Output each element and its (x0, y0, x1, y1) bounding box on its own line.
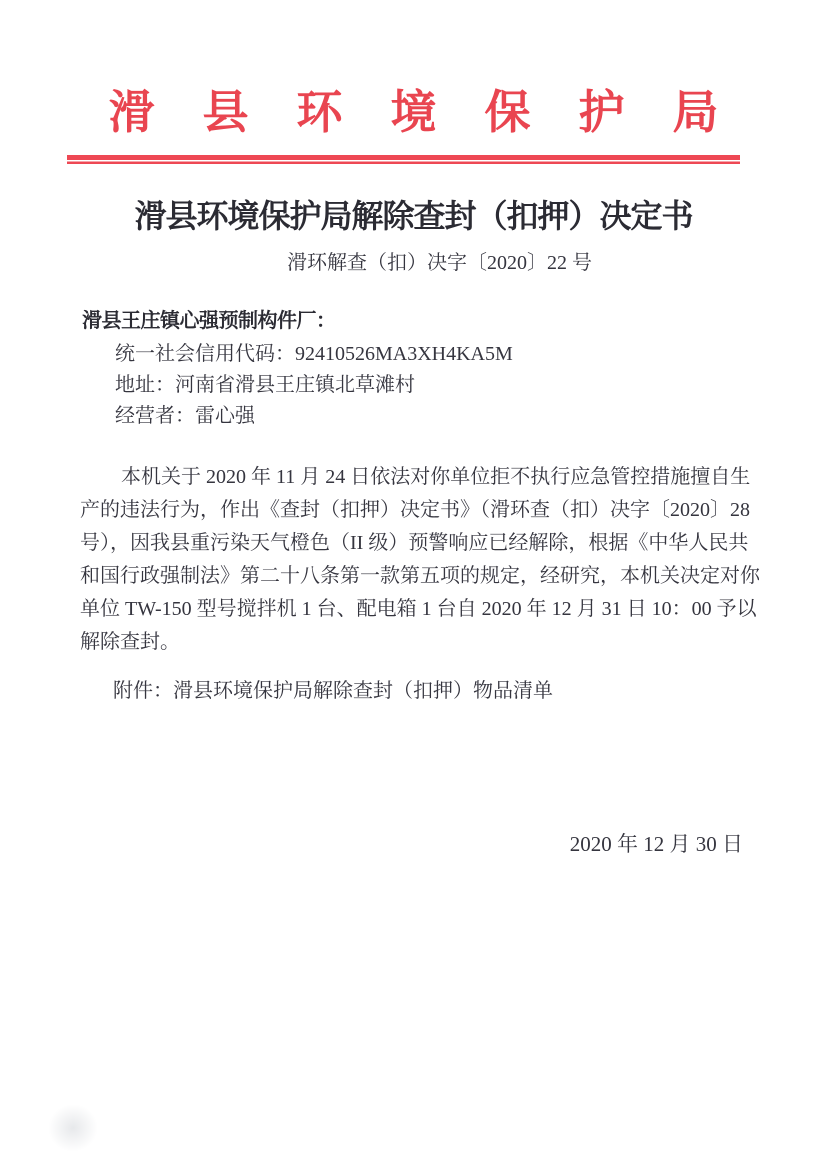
document-page: 滑县环境保护局 滑县环境保护局解除查封（扣押）决定书 滑环解查（扣）决字〔202… (0, 0, 827, 1176)
scan-smudge-artifact (48, 1104, 98, 1152)
body-paragraph: 本机关于 2020 年 11 月 24 日依法对你单位拒不执行应急管控措施擅自生… (80, 461, 752, 659)
info-operator: 经营者：雷心强 (115, 401, 513, 432)
body-line: 本机关于 2020 年 11 月 24 日依法对你单位拒不执行应急管控措施擅自生 (80, 461, 752, 494)
issue-date: 2020 年 12 月 30 日 (570, 830, 743, 858)
body-line: 号），因我县重污染天气橙色（II 级）预警响应已经解除，根据《中华人民共 (80, 527, 752, 560)
body-line: 解除查封。 (80, 626, 752, 659)
addressee-info: 统一社会信用代码：92410526MA3XH4KA5M 地址：河南省滑县王庄镇北… (115, 339, 513, 432)
document-number: 滑环解查（扣）决字〔2020〕22 号 (52, 250, 827, 276)
body-line: 单位 TW-150 型号搅拌机 1 台、配电箱 1 台自 2020 年 12 月… (80, 593, 752, 626)
attachment-note: 附件：滑县环境保护局解除查封（扣押）物品清单 (80, 676, 553, 706)
addressee-name: 滑县王庄镇心强预制构件厂： (82, 308, 336, 334)
body-line: 和国行政强制法》第二十八条第一款第五项的规定，经研究，本机关决定对你 (80, 560, 752, 593)
document-title: 滑县环境保护局解除查封（扣押）决定书 (0, 196, 827, 236)
agency-header: 滑县环境保护局 (0, 86, 827, 140)
info-address: 地址：河南省滑县王庄镇北草滩村 (115, 370, 513, 401)
body-line: 产的违法行为，作出《查封（扣押）决定书》（滑环查（扣）决字〔2020〕28 (80, 494, 752, 527)
info-credit-code: 统一社会信用代码：92410526MA3XH4KA5M (115, 339, 513, 370)
header-divider (67, 155, 740, 164)
